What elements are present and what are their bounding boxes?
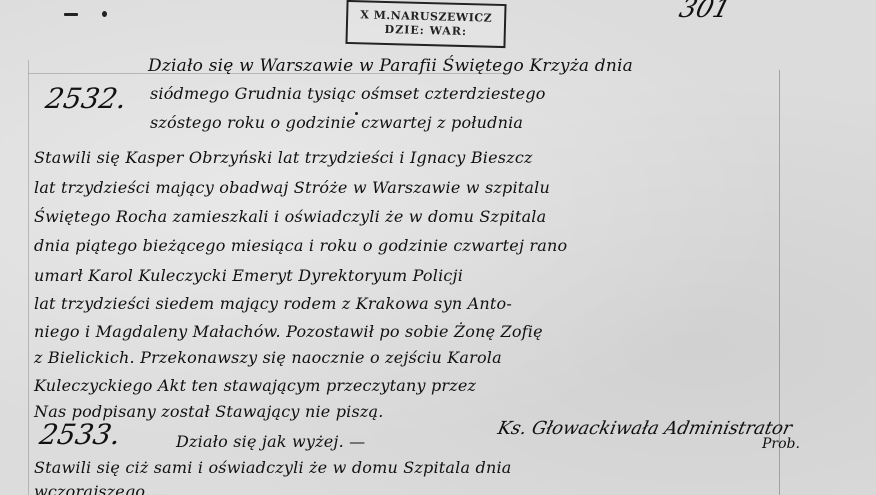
record-line: lat trzydzieści mający obadwaj Stróże w … <box>34 178 550 197</box>
ink-speck <box>64 13 78 16</box>
left-margin-rule <box>28 60 29 495</box>
record-line: dnia piątego bieżącego miesiąca i roku o… <box>34 236 567 255</box>
signature-title: Prob. <box>762 436 800 452</box>
record-line: szóstego roku o godzinie czwartej z połu… <box>150 113 523 132</box>
record-line: Działo się w Warszawie w Parafii Święteg… <box>148 56 633 76</box>
record-line: Stawili się ciż sami i oświadczyli że w … <box>34 458 512 477</box>
record-line: Świętego Rocha zamieszkali i oświadczyli… <box>34 207 546 226</box>
document-page: X M.NARUSZEWICZ DZIE: WAR: 301 2532. Dzi… <box>0 0 876 495</box>
priest-signature: Ks. Głowackiwała Administrator <box>496 418 794 439</box>
archive-stamp: X M.NARUSZEWICZ DZIE: WAR: <box>345 0 506 48</box>
record-line: umarł Karol Kuleczycki Emeryt Dyrektoryu… <box>34 266 463 285</box>
ink-speck <box>102 11 107 17</box>
ink-speck <box>355 112 358 115</box>
record-line: wczorajszego ... <box>34 482 166 495</box>
record-line: Stawili się Kasper Obrzyński lat trzydzi… <box>34 148 533 167</box>
record-line: niego i Magdaleny Małachów. Pozostawił p… <box>34 322 543 341</box>
record-number: 2533. <box>37 418 123 451</box>
folio-number: 301 <box>676 0 734 24</box>
record-line: Kuleczyckiego Akt ten stawającym przeczy… <box>34 376 476 395</box>
record-number: 2532. <box>43 82 129 115</box>
record-line: z Bielickich. Przekonawszy się naocznie … <box>34 348 502 367</box>
record-line: lat trzydzieści siedem mający rodem z Kr… <box>34 294 512 313</box>
record-line: siódmego Grudnia tysiąc ośmset czterdzie… <box>150 84 546 103</box>
stamp-line-2: DZIE: WAR: <box>384 23 467 39</box>
record-line: Działo się jak wyżej. — <box>176 432 365 451</box>
